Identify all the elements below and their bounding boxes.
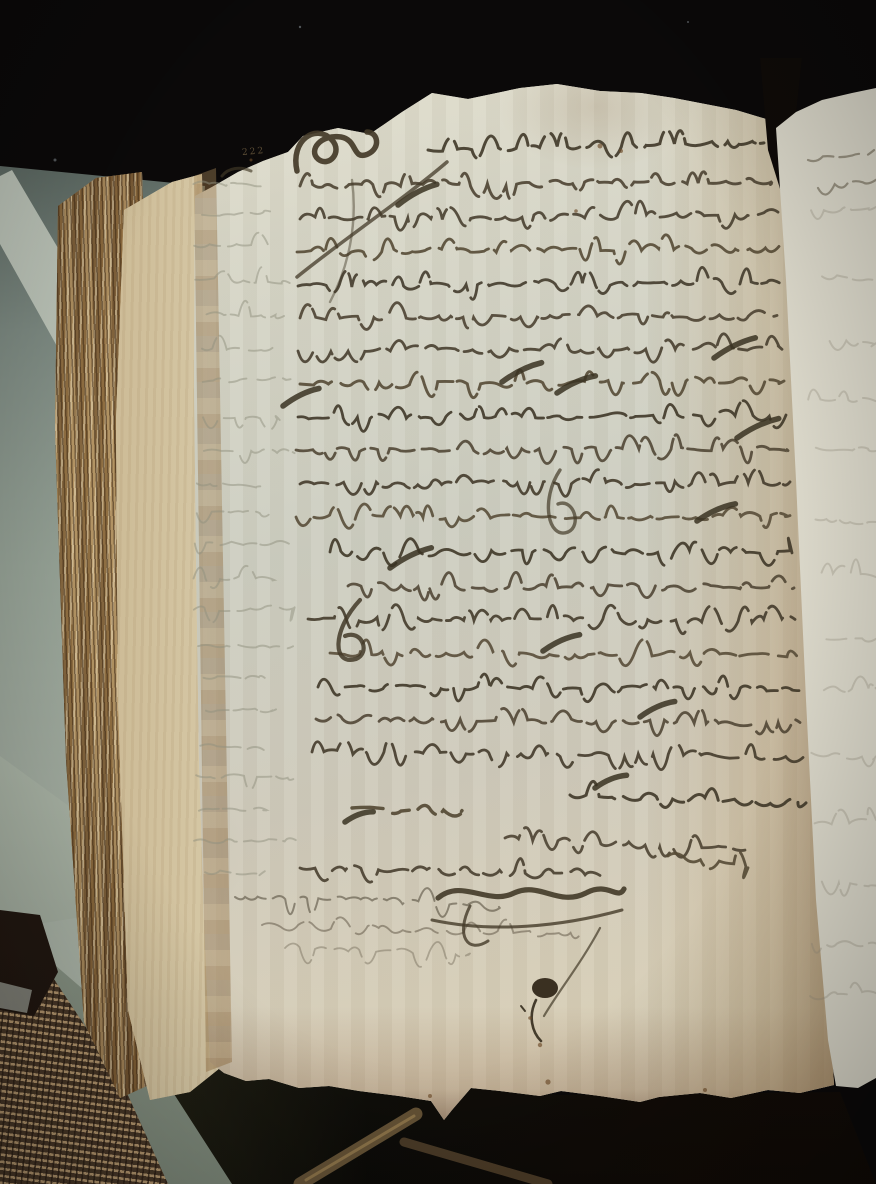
photo-vignette: [0, 0, 876, 1184]
photo-of-manuscript: 222: [0, 0, 876, 1184]
